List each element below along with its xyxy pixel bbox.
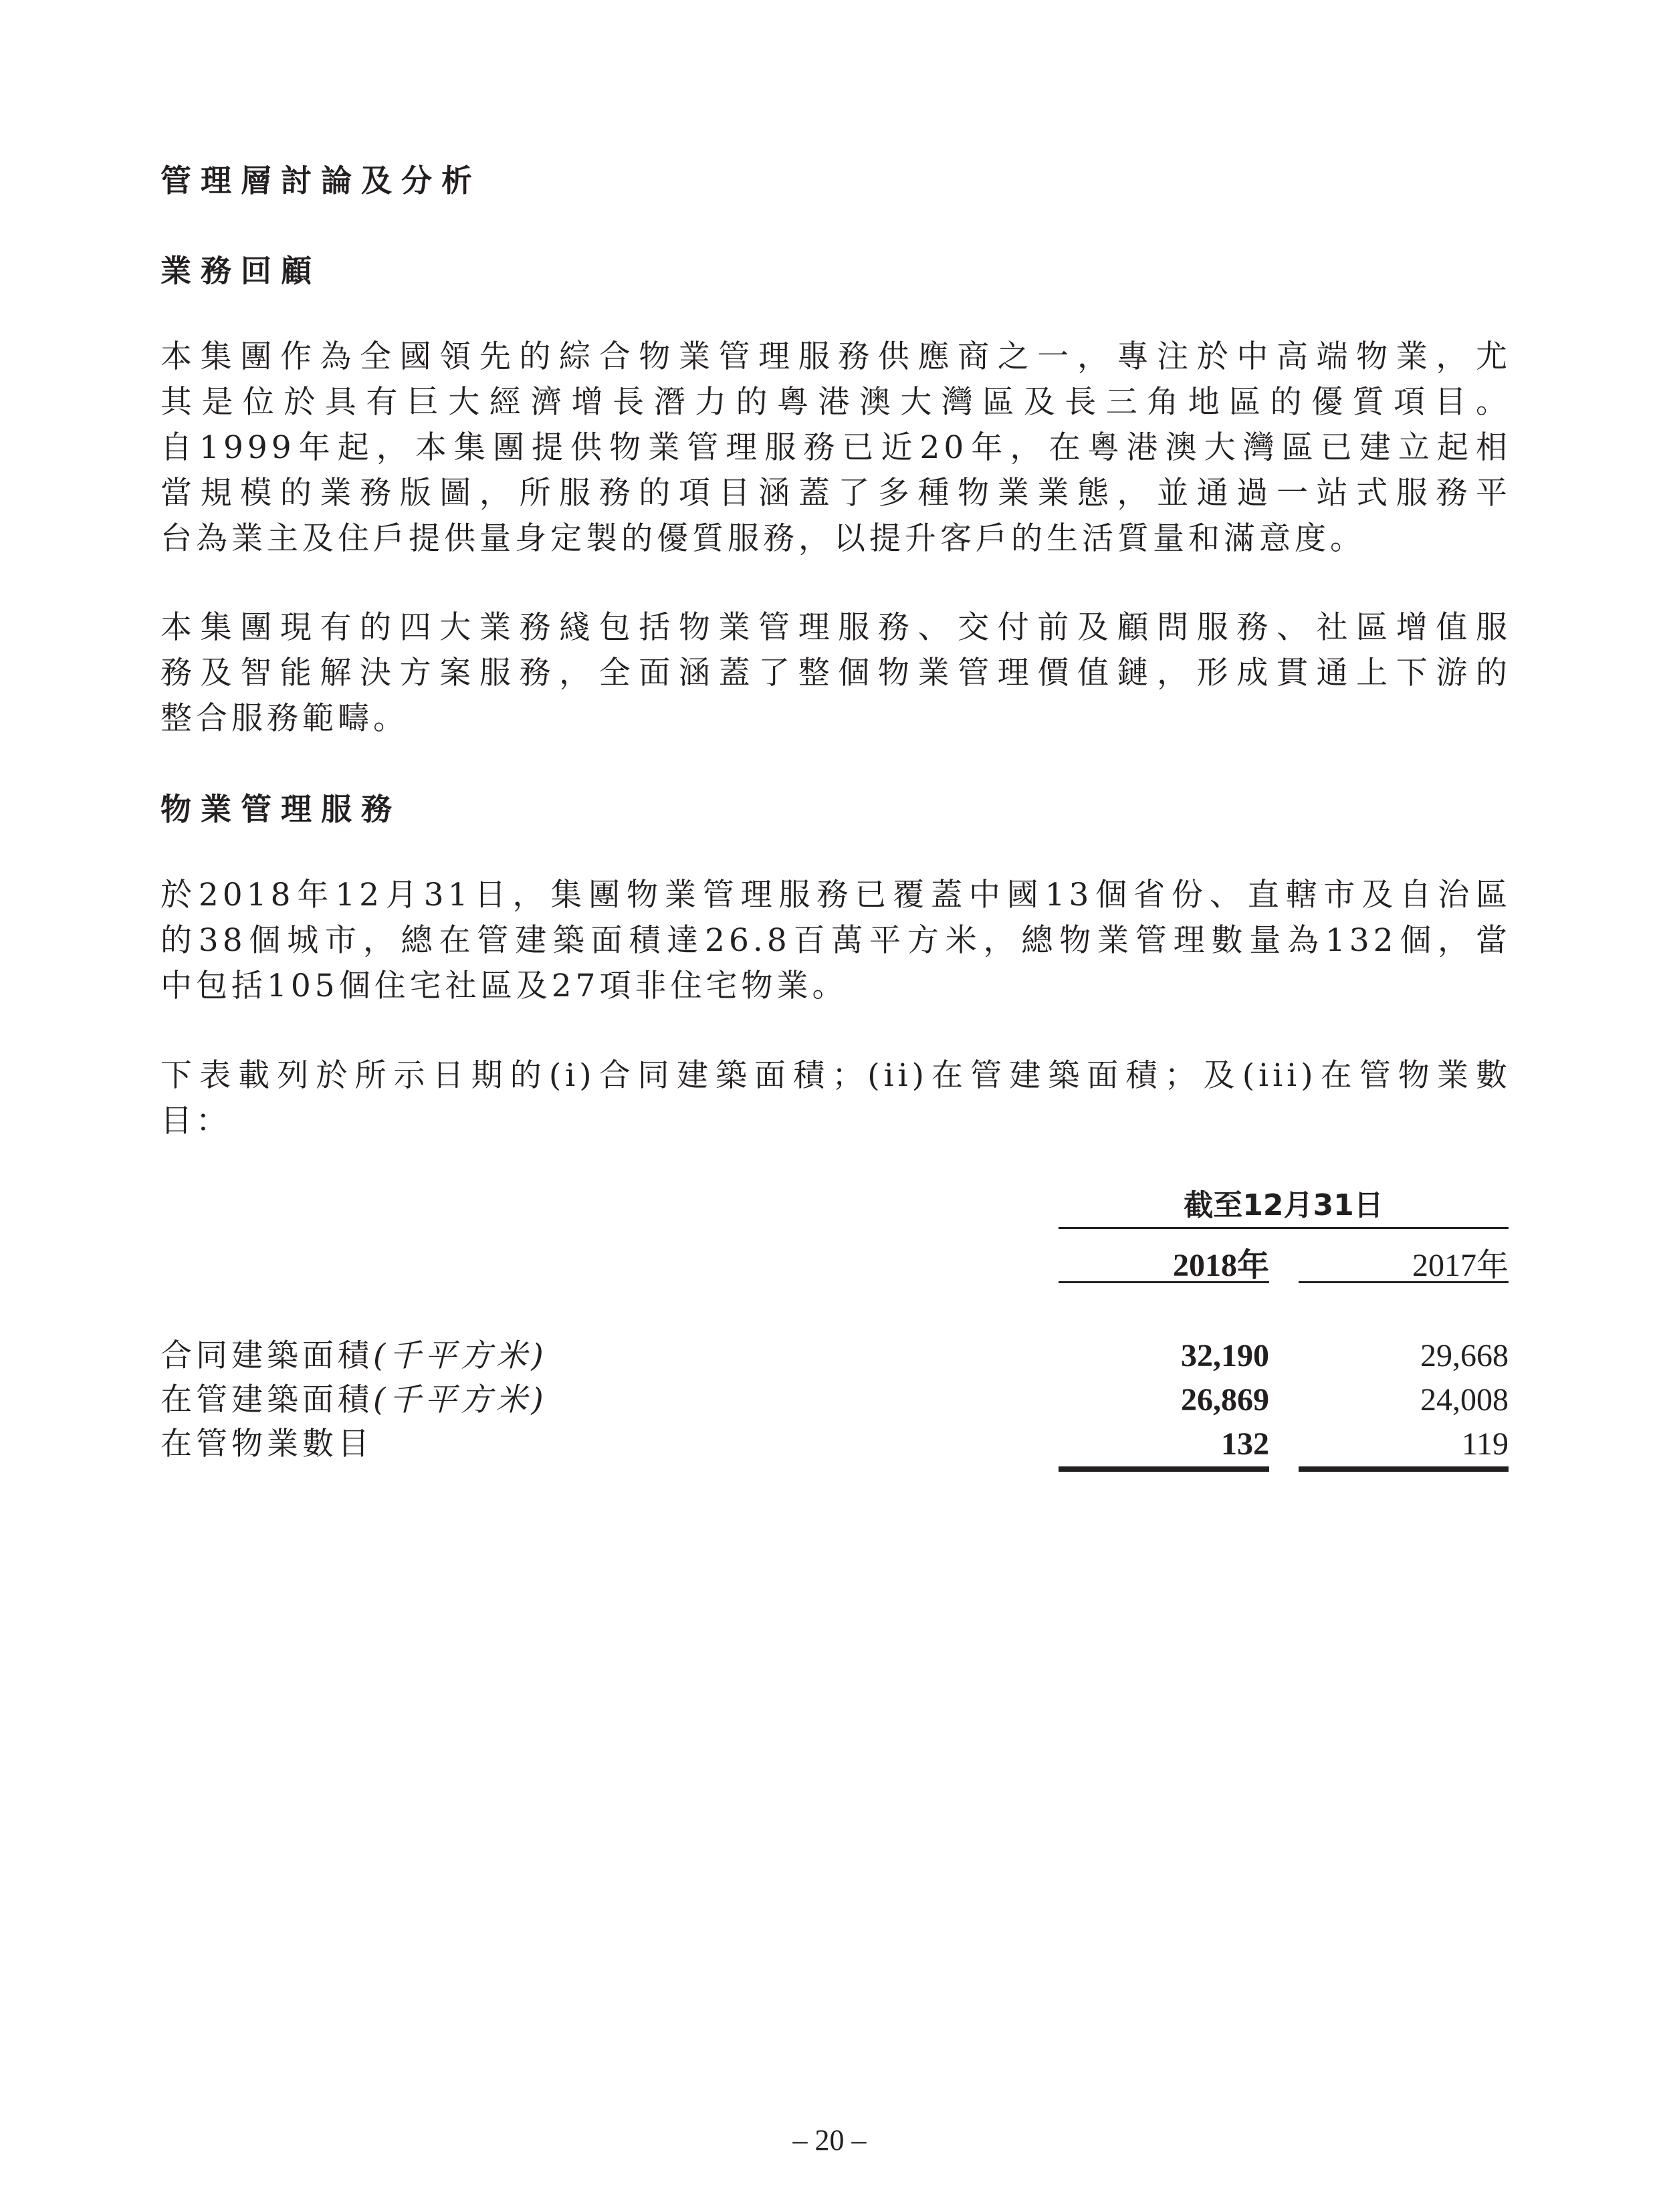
page-number: – 20 – [0,2123,1659,2157]
paragraph-line: 目： [160,1099,1511,1144]
paragraph-line: 中包括105個住宅社區及27項非住宅物業。 [160,964,1511,1009]
cell-2018: 132 [1059,1422,1269,1466]
table-group-header: 截至12月31日 [1059,1187,1509,1224]
business-review-paragraph-2: 本集團現有的四大業務綫包括物業管理服務、交付前及顧問服務、社區增值服 務及智能解… [160,605,1511,742]
paragraph-line: 其是位於具有巨大經濟增長潛力的粵港澳大灣區及長三角地區的優質項目。 [160,380,1511,425]
cell-2017: 24,008 [1299,1378,1509,1422]
section-heading-business-review: 業務回顧 [160,251,321,291]
table-header-rule [1059,1227,1509,1229]
paragraph-line: 自1999年起，本集團提供物業管理服務已近20年，在粵港澳大灣區已建立起相 [160,425,1511,471]
row-unit: (千平方米) [373,1381,548,1418]
paragraph-line: 下表載列於所示日期的(i)合同建築面積；(ii)在管建築面積；及(iii)在管物… [160,1053,1511,1099]
row-unit: (千平方米) [373,1337,548,1374]
table-row: 在管建築面積(千平方米) [160,1378,548,1422]
page-title: 管理層討論及分析 [160,160,481,201]
paragraph-line: 的38個城市，總在管建築面積達26.8百萬平方米，總物業管理數量為132個，當 [160,918,1511,964]
paragraph-line: 整合服務範疇。 [160,696,1511,742]
total-rule-2018 [1059,1466,1269,1472]
paragraph-line: 台為業主及住戶提供量身定製的優質服務，以提升客戶的生活質量和滿意度。 [160,516,1511,562]
row-label: 合同建築面積 [160,1337,373,1374]
property-management-paragraph-2: 下表載列於所示日期的(i)合同建築面積；(ii)在管建築面積；及(iii)在管物… [160,1053,1511,1144]
paragraph-line: 當規模的業務版圖，所服務的項目涵蓋了多種物業業態，並通過一站式服務平 [160,471,1511,516]
column-header-rule-2017 [1299,1281,1509,1283]
business-review-paragraph-1: 本集團作為全國領先的綜合物業管理服務供應商之一，專注於中高端物業，尤 其是位於具… [160,334,1511,562]
row-label: 在管物業數目 [160,1426,373,1462]
cell-2017: 119 [1299,1422,1509,1466]
table-row: 合同建築面積(千平方米) [160,1334,548,1378]
row-label: 在管建築面積 [160,1381,373,1418]
table-row: 在管物業數目 [160,1422,373,1466]
paragraph-line: 於2018年12月31日，集團物業管理服務已覆蓋中國13個省份、直轄市及自治區 [160,873,1511,918]
paragraph-line: 本集團現有的四大業務綫包括物業管理服務、交付前及顧問服務、社區增值服 [160,605,1511,651]
cell-2018: 32,190 [1059,1334,1269,1378]
paragraph-line: 本集團作為全國領先的綜合物業管理服務供應商之一，專注於中高端物業，尤 [160,334,1511,380]
column-header-rule-2018 [1059,1281,1269,1283]
section-heading-property-management: 物業管理服務 [160,789,401,829]
paragraph-line: 務及智能解決方案服務，全面涵蓋了整個物業管理價值鏈，形成貫通上下游的 [160,651,1511,696]
total-rule-2017 [1299,1466,1509,1472]
cell-2017: 29,668 [1299,1334,1509,1378]
cell-2018: 26,869 [1059,1378,1269,1422]
property-management-paragraph-1: 於2018年12月31日，集團物業管理服務已覆蓋中國13個省份、直轄市及自治區 … [160,873,1511,1009]
